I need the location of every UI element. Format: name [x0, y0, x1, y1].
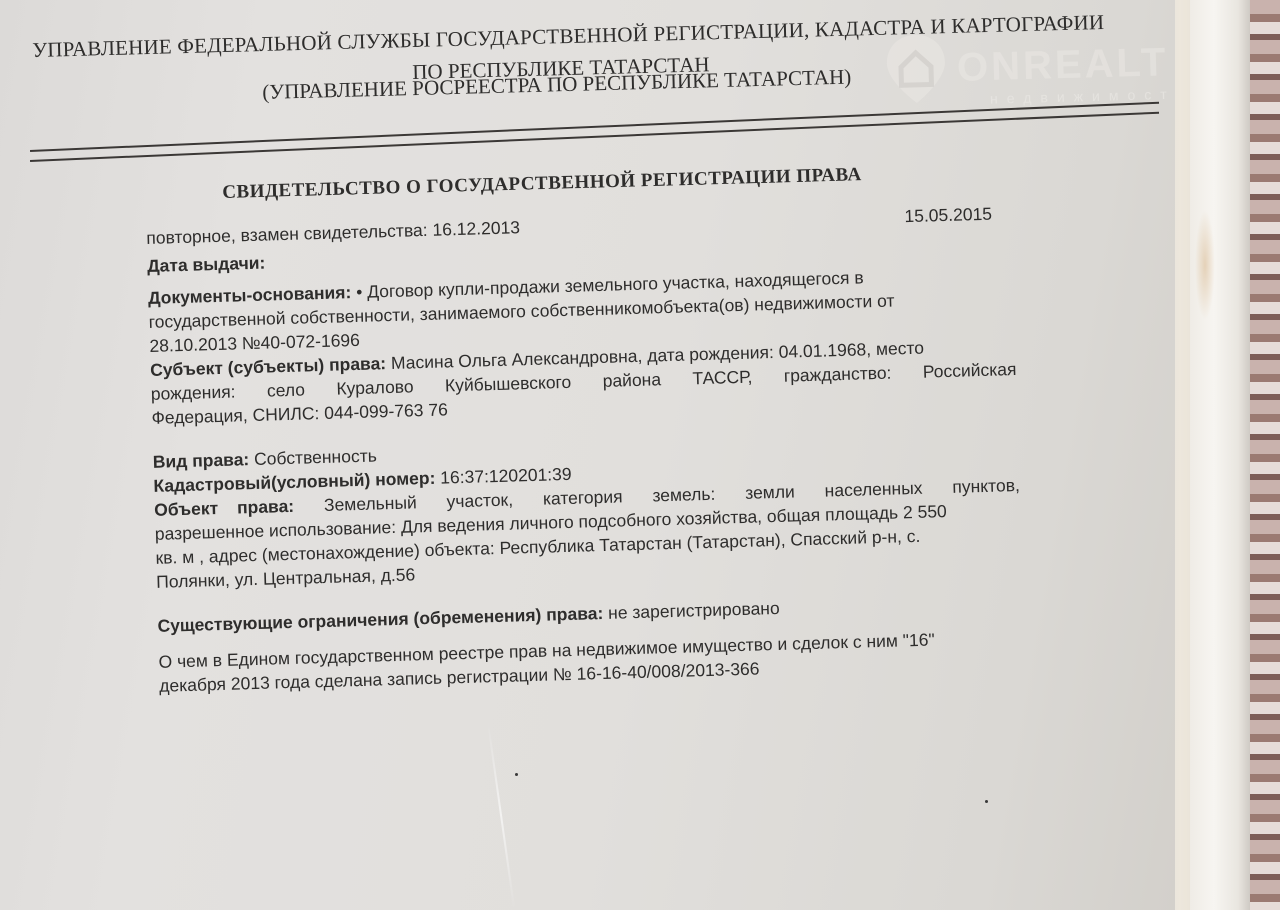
- house-pin-logo-icon: [884, 32, 948, 106]
- subject-line2-word: ТАССР,: [692, 365, 753, 391]
- object-line1-word: земель:: [652, 482, 716, 508]
- subject-line2-word: Куралово: [336, 374, 414, 400]
- encumbrances-value: не зарегистрировано: [608, 598, 780, 623]
- object-line1-word: участок,: [446, 488, 513, 514]
- header-divider-top: [30, 102, 1159, 152]
- certificate-body: повторное, взамен свидетельства: 16.12.2…: [146, 201, 1029, 698]
- object-line1-word: пунктов,: [952, 473, 1020, 499]
- subject-line2-word: Куйбышевского: [445, 370, 572, 398]
- object-line1-word: категория: [543, 484, 623, 510]
- paper-stain: [1195, 210, 1215, 320]
- watermark-brand: ONREALT: [956, 40, 1168, 91]
- right-type-value: Собственность: [254, 445, 377, 469]
- subject-line2-word: Российская: [922, 357, 1016, 384]
- certificate-page: УПРАВЛЕНИЕ ФЕДЕРАЛЬНОЙ СЛУЖБЫ ГОСУДАРСТВ…: [0, 0, 1175, 910]
- subject-line2-word: рождения:: [150, 379, 235, 405]
- paper-speck: [515, 773, 518, 776]
- header-divider-bottom: [30, 112, 1159, 162]
- object-line1-word: Земельный: [324, 490, 417, 517]
- issue-date: 15.05.2015: [904, 202, 992, 229]
- paper-crease: [487, 721, 515, 909]
- right-type-label: Вид права:: [153, 449, 250, 472]
- subject-line2-word: гражданство:: [783, 361, 891, 388]
- subject-line2-word: село: [267, 377, 306, 402]
- certificate-title: СВИДЕТЕЛЬСТВО О ГОСУДАРСТВЕННОЙ РЕГИСТРА…: [222, 164, 862, 204]
- cadastral-number: 16:37:120201:39: [440, 464, 572, 488]
- paper-speck: [985, 800, 988, 803]
- object-line1-word: земли: [745, 479, 795, 504]
- subject-line2-word: района: [602, 367, 661, 393]
- page-stack-edge: [1190, 0, 1250, 910]
- object-line1-word: населенных: [824, 476, 923, 503]
